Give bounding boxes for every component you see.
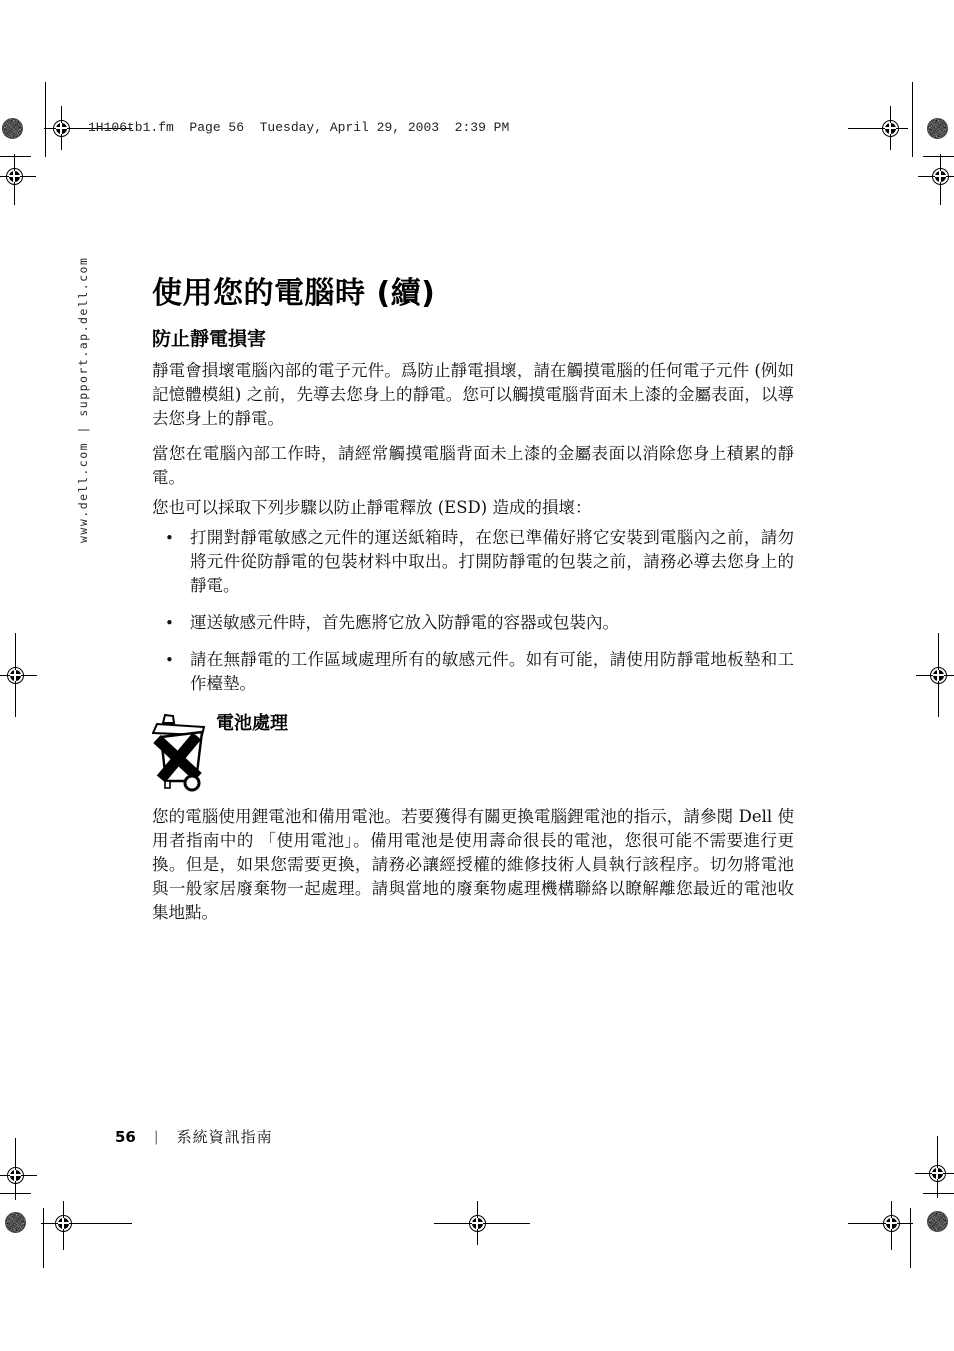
content-column: 使用您的電腦時 (續) 防止靜電損害 靜電會損壞電腦內部的電子元件。爲防止靜電損… — [152, 268, 794, 936]
registration-mark-disc-cross — [936, 1168, 938, 1179]
list-item: 運送敏感元件時，首先應將它放入防靜電的容器或包裝內。 — [152, 611, 794, 635]
footer-doc-title: 系統資訊指南 — [177, 1126, 273, 1147]
battery-paragraph: 您的電腦使用鋰電池和備用電池。若要獲得有關更換電腦鋰電池的指示，請參閱 Dell… — [152, 805, 794, 925]
registration-mark-disc-cross — [62, 1218, 64, 1229]
page-title: 使用您的電腦時 (續) — [152, 268, 794, 312]
color-registration-pinwheel-icon — [5, 1212, 26, 1233]
crop-mark-line — [45, 82, 46, 157]
page-number: 56 — [115, 1128, 136, 1146]
registration-mark-disc-cross — [60, 123, 62, 134]
esd-section-heading: 防止靜電損害 — [152, 324, 794, 351]
crossed-out-wheeled-bin-icon — [152, 711, 210, 793]
crop-mark-line — [0, 156, 31, 157]
battery-disposal-block: 電池處理 — [152, 709, 794, 795]
registration-mark-disc-cross — [890, 1218, 892, 1229]
list-item: 打開對靜電敏感之元件的運送紙箱時，在您已準備好將它安裝到電腦內之前，請勿將元件從… — [152, 526, 794, 598]
color-registration-pinwheel-icon — [927, 118, 948, 139]
registration-mark-disc-cross — [14, 670, 16, 681]
crop-mark-line — [923, 1193, 954, 1194]
color-registration-pinwheel-icon — [2, 118, 23, 139]
registration-mark-disc-cross — [889, 123, 891, 134]
registration-mark-line — [848, 128, 908, 129]
crop-mark-line — [43, 1208, 44, 1268]
list-item: 請在無靜電的工作區域處理所有的敏感元件。如有可能，請使用防靜電地板墊和工作檯墊。 — [152, 648, 794, 696]
crop-mark-line — [0, 1193, 31, 1194]
registration-mark-line — [848, 1223, 913, 1224]
crop-mark-line — [923, 156, 954, 157]
esd-paragraph-2: 當您在電腦內部工作時，請經常觸摸電腦背面未上漆的金屬表面以消除您身上積累的靜電。 — [152, 442, 794, 490]
esd-paragraph-3: 您也可以採取下列步驟以防止靜電釋放 (ESD) 造成的損壞： — [152, 496, 794, 520]
page-footer: 56 | 系統資訊指南 — [115, 1126, 273, 1147]
esd-paragraph-1: 靜電會損壞電腦內部的電子元件。爲防止靜電損壞，請在觸摸電腦的任何電子元件 (例如… — [152, 359, 794, 431]
battery-section-heading: 電池處理 — [216, 709, 288, 735]
color-registration-pinwheel-icon — [927, 1211, 948, 1232]
crop-mark-line — [912, 82, 913, 157]
registration-mark-disc-cross — [937, 670, 939, 681]
registration-mark-disc-cross — [14, 1170, 16, 1181]
sidebar-url-text: www.dell.com | support.ap.dell.com — [76, 257, 90, 543]
registration-mark-disc-cross — [939, 171, 941, 182]
document-page: 1H106tb1.fm Page 56 Tuesday, April 29, 2… — [0, 0, 954, 1351]
file-header-line: 1H106tb1.fm Page 56 Tuesday, April 29, 2… — [88, 120, 509, 135]
footer-separator: | — [154, 1129, 159, 1145]
registration-mark-disc-cross — [13, 171, 15, 182]
crop-mark-line — [910, 1208, 911, 1268]
registration-mark-disc-cross — [476, 1218, 478, 1229]
esd-precaution-list: 打開對靜電敏感之元件的運送紙箱時，在您已準備好將它安裝到電腦內之前，請勿將元件從… — [152, 526, 794, 696]
